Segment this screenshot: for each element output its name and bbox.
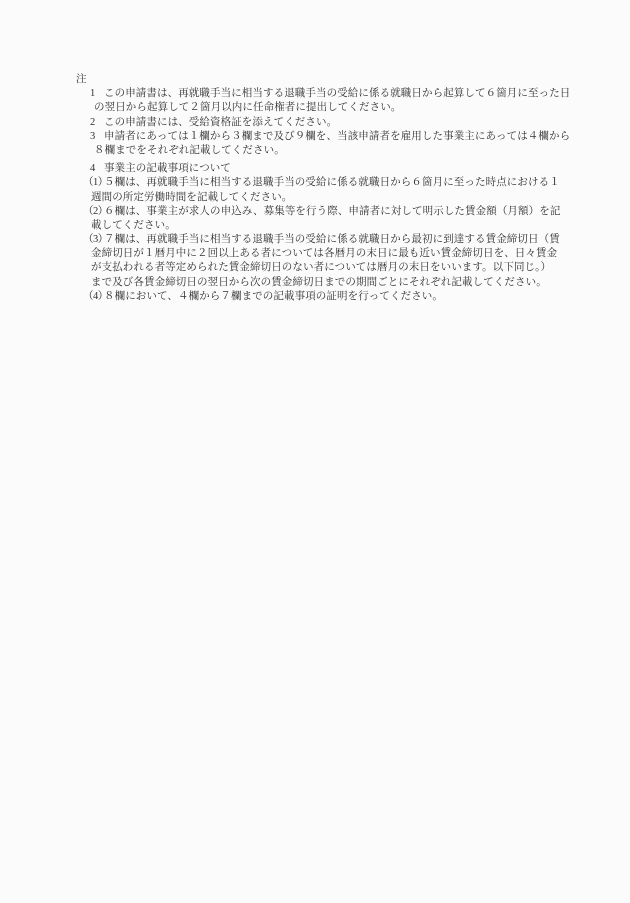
note-item-3-continuation: ８欄までをそれぞれ記載してください。 (0, 144, 630, 158)
note-text: ７欄は、再就職手当に相当する退職手当の受給に係る就職日から最初に到達する賃金締切… (104, 234, 560, 245)
note-subitem-3-continuation: が支払われる者等定められた賃金締切日のない者については暦月の末日をいいます。以下… (0, 261, 630, 275)
note-item-2: 2この申請書には、受給資格証を添えてください。 (0, 116, 630, 130)
note-text: 申請者にあっては１欄から３欄まで及び９欄を、当該申請者を雇用した事業主にあっては… (104, 131, 570, 142)
note-subitem-2-continuation: 載してください。 (0, 219, 630, 233)
note-item-3: 3申請者にあっては１欄から３欄まで及び９欄を、当該申請者を雇用した事業主にあって… (0, 130, 630, 144)
note-text: ５欄は、再就職手当に相当する退職手当の受給に係る就職日から６箇月に至った時点にお… (104, 177, 560, 188)
note-item-4: 4事業主の記載事項について (0, 162, 630, 176)
note-text: 週間の所定労働時間を記載してください。 (91, 192, 292, 203)
subitem-number-3: （3） (83, 233, 104, 247)
note-subitem-1-continuation: 週間の所定労働時間を記載してください。 (0, 191, 630, 205)
note-text: 載してください。 (91, 220, 176, 231)
notes-heading: 注 (0, 73, 630, 87)
document-page: 注 1この申請書は、再就職手当に相当する退職手当の受給に係る就職日から起算して６… (0, 0, 630, 903)
subitem-number-1: （1） (83, 176, 104, 190)
item-number-1: 1 (90, 87, 104, 101)
note-text: まで及び各賃金締切日の翌日から次の賃金締切日までの期間ごとにそれぞれ記載してくだ… (91, 277, 547, 288)
note-item-1: 1この申請書は、再就職手当に相当する退職手当の受給に係る就職日から起算して６箇月… (0, 87, 630, 101)
note-text: ８欄において、４欄から７欄までの記載事項の証明を行ってください。 (104, 291, 443, 302)
note-subitem-2: （2）６欄は、事業主が求人の申込み、募集等を行う際、申請者に対して明示した賃金額… (0, 205, 630, 219)
item-number-3: 3 (90, 130, 104, 144)
note-text: 金締切日が１暦月中に２回以上ある者については各暦月の末日に最も近い賃金締切日を、… (91, 248, 557, 259)
note-subitem-1: （1）５欄は、再就職手当に相当する退職手当の受給に係る就職日から６箇月に至った時… (0, 176, 630, 190)
subitem-number-4: （4） (83, 290, 104, 304)
subitem-number-2: （2） (83, 205, 104, 219)
note-subitem-3-continuation: まで及び各賃金締切日の翌日から次の賃金締切日までの期間ごとにそれぞれ記載してくだ… (0, 276, 630, 290)
note-item-1-continuation: の翌日から起算して２箇月以内に任命権者に提出してください。 (0, 101, 630, 115)
note-text: ８欄までをそれぞれ記載してください。 (94, 145, 285, 156)
item-number-4: 4 (90, 162, 104, 176)
note-text: この申請書には、受給資格証を添えてください。 (104, 117, 337, 128)
note-subitem-3: （3）７欄は、再就職手当に相当する退職手当の受給に係る就職日から最初に到達する賃… (0, 233, 630, 247)
note-subitem-3-continuation: 金締切日が１暦月中に２回以上ある者については各暦月の末日に最も近い賃金締切日を、… (0, 247, 630, 261)
note-text: 事業主の記載事項について (104, 163, 231, 174)
note-text: この申請書は、再就職手当に相当する退職手当の受給に係る就職日から起算して６箇月に… (104, 88, 570, 99)
note-text: の翌日から起算して２箇月以内に任命権者に提出してください。 (94, 102, 401, 113)
note-text: ６欄は、事業主が求人の申込み、募集等を行う際、申請者に対して明示した賃金額（月額… (104, 206, 560, 217)
note-text: が支払われる者等定められた賃金締切日のない者については暦月の末日をいいます。以下… (91, 262, 551, 273)
item-number-2: 2 (90, 116, 104, 130)
note-subitem-4: （4）８欄において、４欄から７欄までの記載事項の証明を行ってください。 (0, 290, 630, 304)
